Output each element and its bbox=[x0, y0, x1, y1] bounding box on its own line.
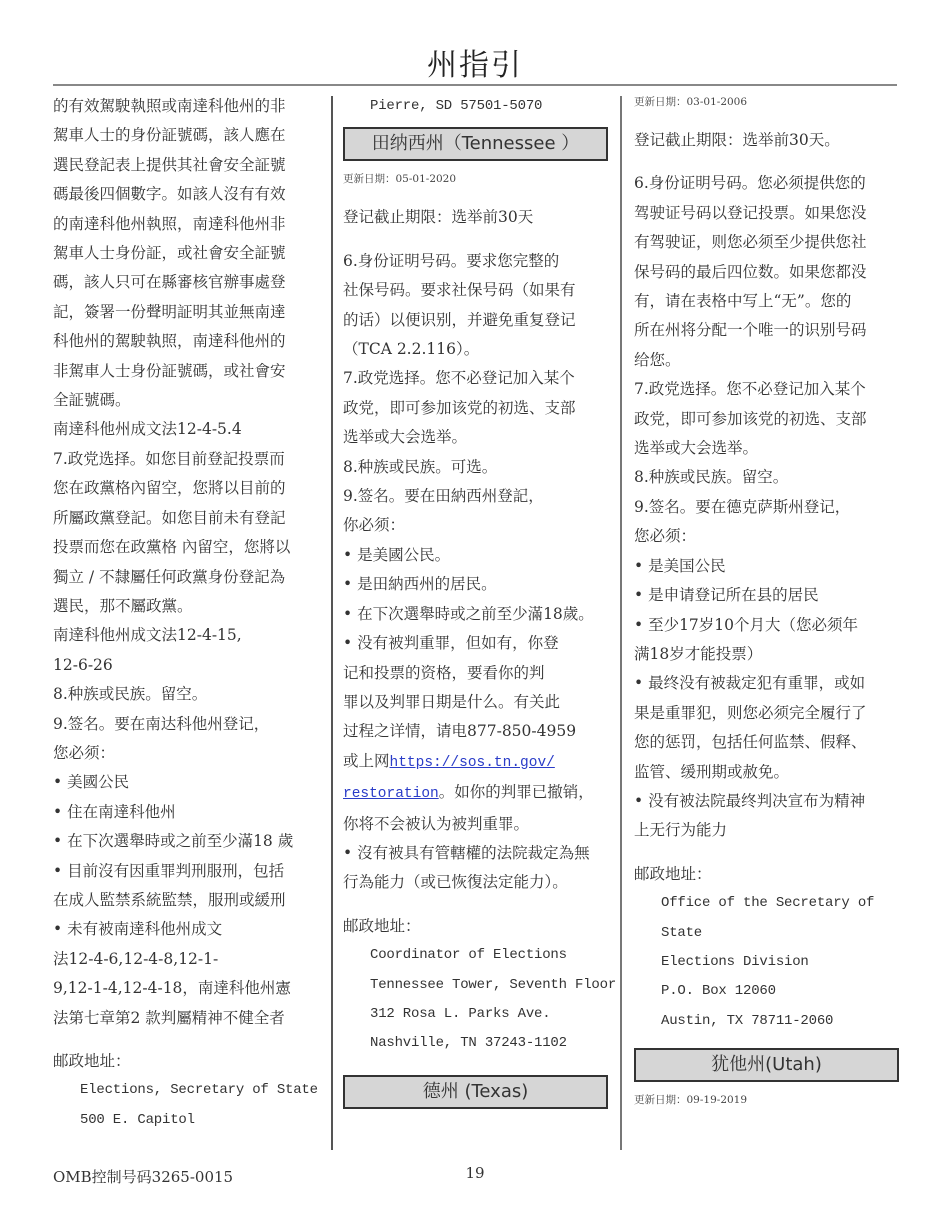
updated-date: 更新日期：05-01-2020 bbox=[343, 169, 608, 189]
text-line: 您必须： bbox=[634, 522, 899, 551]
text-line: 全証號碼。 bbox=[53, 386, 315, 415]
text-line: 獨立 / 不隸屬任何政黨身份登記為 bbox=[53, 563, 315, 592]
text-line: 你必须： bbox=[343, 511, 608, 540]
spacer bbox=[343, 898, 608, 912]
updated-date: 更新日期：09-19-2019 bbox=[634, 1090, 899, 1110]
column-divider bbox=[620, 96, 622, 1150]
column-divider bbox=[331, 96, 333, 1150]
text-line: 记和投票的资格，要看你的判 bbox=[343, 659, 608, 688]
page-number: 19 bbox=[0, 1164, 950, 1182]
title-rule bbox=[53, 84, 897, 86]
text-line: 的话）以便识别，并避免重复登记 bbox=[343, 306, 608, 335]
address-line: Coordinator of Elections bbox=[343, 941, 608, 970]
bullet-item: • 是申请登记所在县的居民 bbox=[634, 581, 899, 610]
text-line: 果是重罪犯，则您必须完全履行了 bbox=[634, 699, 899, 728]
address-line: P.O. Box 12060 bbox=[634, 977, 899, 1006]
bullet-item: • 是美国公民 bbox=[634, 552, 899, 581]
column-texas: 更新日期：03-01-2006 登记截止期限：选举前30天。 6.身份证明号码。… bbox=[634, 92, 899, 1110]
text-line: 碼最後四個數字。如該人沒有有效 bbox=[53, 180, 315, 209]
mailing-address-label: 邮政地址： bbox=[343, 912, 608, 941]
text-line: 满18岁才能投票） bbox=[634, 640, 899, 669]
text-line: 非駕車人士身份証號碼，或社會安 bbox=[53, 357, 315, 386]
mailing-address-label: 邮政地址： bbox=[53, 1047, 315, 1076]
restoration-link[interactable]: restoration bbox=[343, 786, 439, 802]
text-line: 的有效駕駛執照或南達科他州的非 bbox=[53, 92, 315, 121]
address-line: 500 E. Capitol bbox=[53, 1106, 315, 1135]
spacer bbox=[634, 1036, 899, 1042]
text-line: 駕車人士的身份証號碼，該人應在 bbox=[53, 121, 315, 150]
spacer bbox=[634, 846, 899, 860]
text-line: 有驾驶证，则您必须至少提供您社 bbox=[634, 228, 899, 257]
address-line: Tennessee Tower, Seventh Floor bbox=[343, 971, 608, 1000]
bullet-item: • 住在南達科他州 bbox=[53, 798, 315, 827]
text-line: 驾驶证号码以登记投票。如果您没 bbox=[634, 199, 899, 228]
statute-reference: 12-6-26 bbox=[53, 651, 315, 680]
address-line: Pierre, SD 57501-5070 bbox=[343, 92, 608, 121]
spacer bbox=[343, 189, 608, 203]
text-line: 碼，該人只可在縣審核官辦事處登 bbox=[53, 268, 315, 297]
text-line: 所屬政黨登記。如您目前未有登記 bbox=[53, 504, 315, 533]
text-line: 9.签名。要在南达科他州登记， bbox=[53, 710, 315, 739]
text-line: 法第七章第2 款判屬精神不健全者 bbox=[53, 1004, 315, 1033]
text-line: 或上网https://sos.tn.gov/ bbox=[343, 747, 608, 778]
address-line: 312 Rosa L. Parks Ave. bbox=[343, 1000, 608, 1029]
bullet-item: • 是田納西州的居民。 bbox=[343, 570, 608, 599]
address-line: Austin, TX 78711-2060 bbox=[634, 1007, 899, 1036]
spacer bbox=[343, 233, 608, 247]
text-line: 9.签名。要在德克萨斯州登记， bbox=[634, 493, 899, 522]
text-line: 您在政黨格內留空，您將以目前的 bbox=[53, 474, 315, 503]
restoration-link[interactable]: https://sos.tn.gov/ bbox=[390, 755, 555, 771]
address-line: Office of the Secretary of bbox=[634, 889, 899, 918]
text-line: 社保号码。要求社保号码（如果有 bbox=[343, 276, 608, 305]
text-line: 6.身份证明号码。您必须提供您的 bbox=[634, 169, 899, 198]
text-line: 選民，那不屬政黨。 bbox=[53, 592, 315, 621]
text-line: 7.政党选择。您不必登记加入某个 bbox=[343, 364, 608, 393]
spacer bbox=[634, 155, 899, 169]
text-line: 您必须： bbox=[53, 739, 315, 768]
column-south-dakota: 的有效駕駛執照或南達科他州的非 駕車人士的身份証號碼，該人應在 選民登記表上提供… bbox=[53, 92, 315, 1135]
state-header-texas: 德州 (Texas) bbox=[343, 1075, 608, 1109]
page-title: 州指引 bbox=[0, 40, 950, 84]
text-line: 法12-4-6,12-4-8,12-1- bbox=[53, 945, 315, 974]
bullet-item: • 没有被判重罪，但如有，你登 bbox=[343, 629, 608, 658]
bullet-item: • 目前沒有因重罪判刑服刑，包括 bbox=[53, 857, 315, 886]
statute-reference: 南達科他州成文法12-4-5.4 bbox=[53, 415, 315, 444]
bullet-item: • 没有被法院最终判决宣布为精神 bbox=[634, 787, 899, 816]
statute-reference: （TCA 2.2.116）。 bbox=[343, 335, 608, 364]
address-line: Nashville, TN 37243-1102 bbox=[343, 1029, 608, 1058]
spacer bbox=[634, 112, 899, 126]
text-line: 行為能力（或已恢復法定能力）。 bbox=[343, 868, 608, 897]
text-line: 罪以及判罪日期是什么。有关此 bbox=[343, 688, 608, 717]
bullet-item: • 最终没有被裁定犯有重罪，或如 bbox=[634, 669, 899, 698]
registration-deadline: 登记截止期限：选举前30天 bbox=[343, 203, 608, 232]
registration-deadline: 登记截止期限：选举前30天。 bbox=[634, 126, 899, 155]
text-line: 您的惩罚，包括任何监禁、假释、 bbox=[634, 728, 899, 757]
text-line: 在成人監禁系統監禁，服刑或緩刑 bbox=[53, 886, 315, 915]
text-line: 選民登記表上提供其社會安全証號 bbox=[53, 151, 315, 180]
text-fragment: 。如你的判罪已撤销， bbox=[439, 783, 594, 801]
text-line: 上无行为能力 bbox=[634, 816, 899, 845]
text-line: 选举或大会选举。 bbox=[343, 423, 608, 452]
text-line: 9,12-1-4,12-4-18，南達科他州憲 bbox=[53, 974, 315, 1003]
text-line: 给您。 bbox=[634, 346, 899, 375]
text-line: 政党，即可参加该党的初选、支部 bbox=[343, 394, 608, 423]
text-line: 投票而您在政黨格 內留空，您將以 bbox=[53, 533, 315, 562]
bullet-item: • 在下次選舉時或之前至少滿18 歲 bbox=[53, 827, 315, 856]
spacer bbox=[343, 1059, 608, 1069]
column-tennessee: Pierre, SD 57501-5070 田纳西州（Tennessee ） 更… bbox=[343, 92, 608, 1117]
text-line: 記，簽署一份聲明証明其並無南達 bbox=[53, 298, 315, 327]
text-line: 选举或大会选举。 bbox=[634, 434, 899, 463]
bullet-item: • 沒有被具有管轄權的法院裁定為無 bbox=[343, 839, 608, 868]
text-line: 8.种族或民族。留空。 bbox=[53, 680, 315, 709]
statute-reference: 南達科他州成文法12-4-15, bbox=[53, 621, 315, 650]
address-line: State bbox=[634, 919, 899, 948]
updated-date: 更新日期：03-01-2006 bbox=[634, 92, 899, 112]
text-line: 你将不会被认为被判重罪。 bbox=[343, 810, 608, 839]
text-line: 政党，即可参加该党的初选、支部 bbox=[634, 405, 899, 434]
text-line: 保号码的最后四位数。如果您都没 bbox=[634, 258, 899, 287]
address-line: Elections Division bbox=[634, 948, 899, 977]
state-header-utah: 犹他州(Utah) bbox=[634, 1048, 899, 1082]
bullet-item: • 美國公民 bbox=[53, 768, 315, 797]
address-line: Elections, Secretary of State bbox=[53, 1076, 315, 1105]
text-line: 科他州的駕駛執照，南達科他州的 bbox=[53, 327, 315, 356]
text-line: 6.身份证明号码。要求您完整的 bbox=[343, 247, 608, 276]
state-header-tennessee: 田纳西州（Tennessee ） bbox=[343, 127, 608, 161]
mailing-address-label: 邮政地址： bbox=[634, 860, 899, 889]
text-line: 7.政党选择。如您目前登記投票而 bbox=[53, 445, 315, 474]
text-fragment: 或上网 bbox=[343, 752, 390, 770]
spacer bbox=[53, 1033, 315, 1047]
bullet-item: • 在下次選舉時或之前至少滿18歲。 bbox=[343, 600, 608, 629]
text-line: 监管、缓刑期或赦免。 bbox=[634, 758, 899, 787]
text-line: 有，请在表格中写上“无”。您的 bbox=[634, 287, 899, 316]
text-line: restoration。如你的判罪已撤销， bbox=[343, 778, 608, 809]
text-line: 过程之详情，请电877-850-4959 bbox=[343, 717, 608, 746]
text-line: 駕車人士身份証，或社會安全証號 bbox=[53, 239, 315, 268]
bullet-item: • 至少17岁10个月大（您必须年 bbox=[634, 611, 899, 640]
text-line: 7.政党选择。您不必登记加入某个 bbox=[634, 375, 899, 404]
text-line: 所在州将分配一个唯一的识别号码 bbox=[634, 316, 899, 345]
text-line: 8.种族或民族。可选。 bbox=[343, 453, 608, 482]
text-line: 8.种族或民族。留空。 bbox=[634, 463, 899, 492]
bullet-item: • 是美國公民。 bbox=[343, 541, 608, 570]
bullet-item: • 未有被南達科他州成文 bbox=[53, 915, 315, 944]
text-line: 的南達科他州執照，南達科他州非 bbox=[53, 210, 315, 239]
text-line: 9.签名。要在田納西州登記， bbox=[343, 482, 608, 511]
